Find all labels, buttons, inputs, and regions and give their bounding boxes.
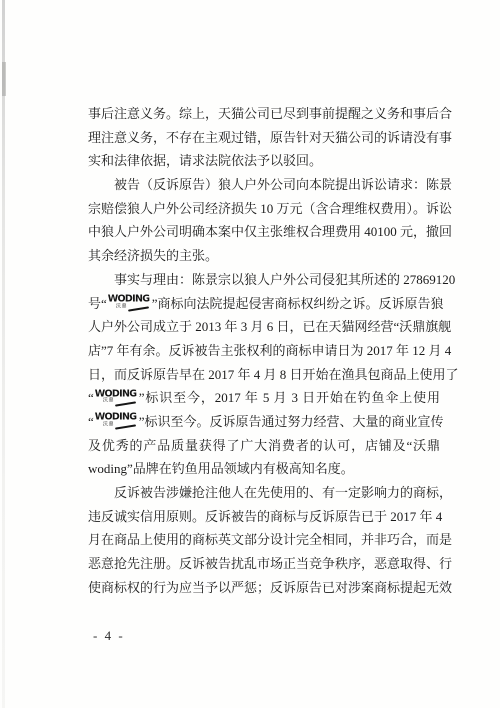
woding-logo-underline-stroke xyxy=(115,401,136,406)
text-run: 月在商品上使用的商标英文部分设计完全相同，并非巧合，而是 xyxy=(88,532,452,547)
woding-trademark-logo: WODING沃鼎 xyxy=(108,296,151,312)
document-page: 事后注意义务。综上，天猫公司已尽到事前提醒之义务和事后合理注意义务，不存在主观过… xyxy=(0,0,500,708)
text-run: 及优秀的产品质量获得了广大消费者的认可，店铺及“沃鼎 xyxy=(88,438,440,453)
text-run: 实和法律依据，请求法院依法予以驳回。 xyxy=(88,153,322,168)
text-run: 被告（反诉原告）狼人户外公司向本院提出诉讼请求：陈景 xyxy=(114,177,452,192)
woding-logo-chinese-text: 沃鼎 xyxy=(116,304,127,309)
text-run: 店”7 年有余。反诉被告主张权利的商标申请日为 2017 年 12 月 4 xyxy=(88,343,451,358)
text-run: 其余经济损失的主张。 xyxy=(88,248,218,263)
document-line: 及优秀的产品质量获得了广大消费者的认可，店铺及“沃鼎 xyxy=(88,434,440,458)
document-line: 人户外公司成立于 2013 年 3 月 6 日，已在天猫网经营“沃鼎旗舰 xyxy=(88,315,440,339)
text-run: 理注意义务，不存在主观过错，原告针对天猫公司的诉请没有事 xyxy=(88,130,452,145)
text-run: 号“ xyxy=(88,296,107,311)
woding-logo-chinese-text: 沃鼎 xyxy=(103,398,114,403)
woding-logo-text: WODING xyxy=(108,293,150,305)
document-line: 事实与理由：陈景宗以狼人户外公司侵犯其所述的 27869120 xyxy=(88,268,440,292)
document-line: 实和法律依据，请求法院依法予以驳回。 xyxy=(88,149,440,173)
text-run: ”标识至今。反诉原告通过努力经营、大量的商业宣传 xyxy=(139,414,444,429)
document-line: 被告（反诉原告）狼人户外公司向本院提出诉讼请求：陈景 xyxy=(88,173,440,197)
woding-logo-underline-stroke xyxy=(128,306,149,311)
document-line: “WODING沃鼎”标识至今，2017 年 5 月 3 日开始在钓鱼伞上使用 xyxy=(88,386,440,410)
text-run: ”标识至今，2017 年 5 月 3 日开始在钓鱼伞上使用 xyxy=(139,390,440,405)
text-run: 中狼人户外公司明确本案中仅主张维权合理费用 40100 元，撤回 xyxy=(88,224,452,239)
text-run: woding”品牌在钓鱼用品领域内有极高知名度。 xyxy=(88,461,354,476)
document-line: 宗赔偿狼人户外公司经济损失 10 万元（含合理维权费用）。诉讼 xyxy=(88,197,440,221)
text-run: ”商标向法院提起侵害商标权纠纷之诉。反诉原告狼 xyxy=(152,296,444,311)
text-run: 宗赔偿狼人户外公司经济损失 10 万元（含合理维权费用）。诉讼 xyxy=(88,201,452,216)
document-line: 店”7 年有余。反诉被告主张权利的商标申请日为 2017 年 12 月 4 xyxy=(88,339,440,363)
page-number: - 4 - xyxy=(93,628,125,644)
woding-trademark-logo: WODING沃鼎 xyxy=(95,390,138,406)
text-run: “ xyxy=(88,414,94,429)
woding-logo-chinese-text: 沃鼎 xyxy=(103,422,114,427)
text-run: 人户外公司成立于 2013 年 3 月 6 日，已在天猫网经营“沃鼎旗舰 xyxy=(88,319,451,334)
document-line: 违反诚实信用原则。反诉被告的商标与反诉原告已于 2017 年 4 xyxy=(88,505,440,529)
scan-speck-artifact xyxy=(2,62,6,96)
text-run: 使商标权的行为应当予以严惩；反诉原告已对涉案商标提起无效 xyxy=(88,580,452,595)
woding-logo-underline-stroke xyxy=(115,425,136,430)
woding-logo-text: WODING xyxy=(95,411,137,423)
document-line: 使商标权的行为应当予以严惩；反诉原告已对涉案商标提起无效 xyxy=(88,576,440,600)
woding-logo-text: WODING xyxy=(95,388,137,400)
document-line: 月在商品上使用的商标英文部分设计完全相同，并非巧合，而是 xyxy=(88,528,440,552)
text-run: 事后注意义务。综上，天猫公司已尽到事前提醒之义务和事后合 xyxy=(88,106,452,121)
woding-trademark-logo: WODING沃鼎 xyxy=(95,414,138,430)
document-line: 事后注意义务。综上，天猫公司已尽到事前提醒之义务和事后合 xyxy=(88,102,440,126)
text-run: 违反诚实信用原则。反诉被告的商标与反诉原告已于 2017 年 4 xyxy=(88,509,442,524)
text-run: “ xyxy=(88,390,94,405)
text-run: 事实与理由：陈景宗以狼人户外公司侵犯其所述的 27869120 xyxy=(114,272,455,287)
document-line: 理注意义务，不存在主观过错，原告针对天猫公司的诉请没有事 xyxy=(88,126,440,150)
document-body: 事后注意义务。综上，天猫公司已尽到事前提醒之义务和事后合理注意义务，不存在主观过… xyxy=(88,102,440,599)
text-run: 反诉被告涉嫌抢注他人在先使用的、有一定影响力的商标， xyxy=(114,485,452,500)
document-line: 恶意抢先注册。反诉被告扰乱市场正当竞争秩序，恶意取得、行 xyxy=(88,552,440,576)
document-line: “WODING沃鼎”标识至今。反诉原告通过努力经营、大量的商业宣传 xyxy=(88,410,440,434)
document-line: 中狼人户外公司明确本案中仅主张维权合理费用 40100 元，撤回 xyxy=(88,220,440,244)
document-line: 日，而反诉原告早在 2017 年 4 月 8 日开始在渔具包商品上使用了 xyxy=(88,363,440,387)
document-line: woding”品牌在钓鱼用品领域内有极高知名度。 xyxy=(88,457,440,481)
document-line: 号“WODING沃鼎”商标向法院提起侵害商标权纠纷之诉。反诉原告狼 xyxy=(88,292,440,316)
document-line: 其余经济损失的主张。 xyxy=(88,244,440,268)
scan-edge-artifact xyxy=(2,0,5,708)
text-run: 恶意抢先注册。反诉被告扰乱市场正当竞争秩序，恶意取得、行 xyxy=(88,556,452,571)
text-run: 日，而反诉原告早在 2017 年 4 月 8 日开始在渔具包商品上使用了 xyxy=(88,367,459,382)
document-line: 反诉被告涉嫌抢注他人在先使用的、有一定影响力的商标， xyxy=(88,481,440,505)
